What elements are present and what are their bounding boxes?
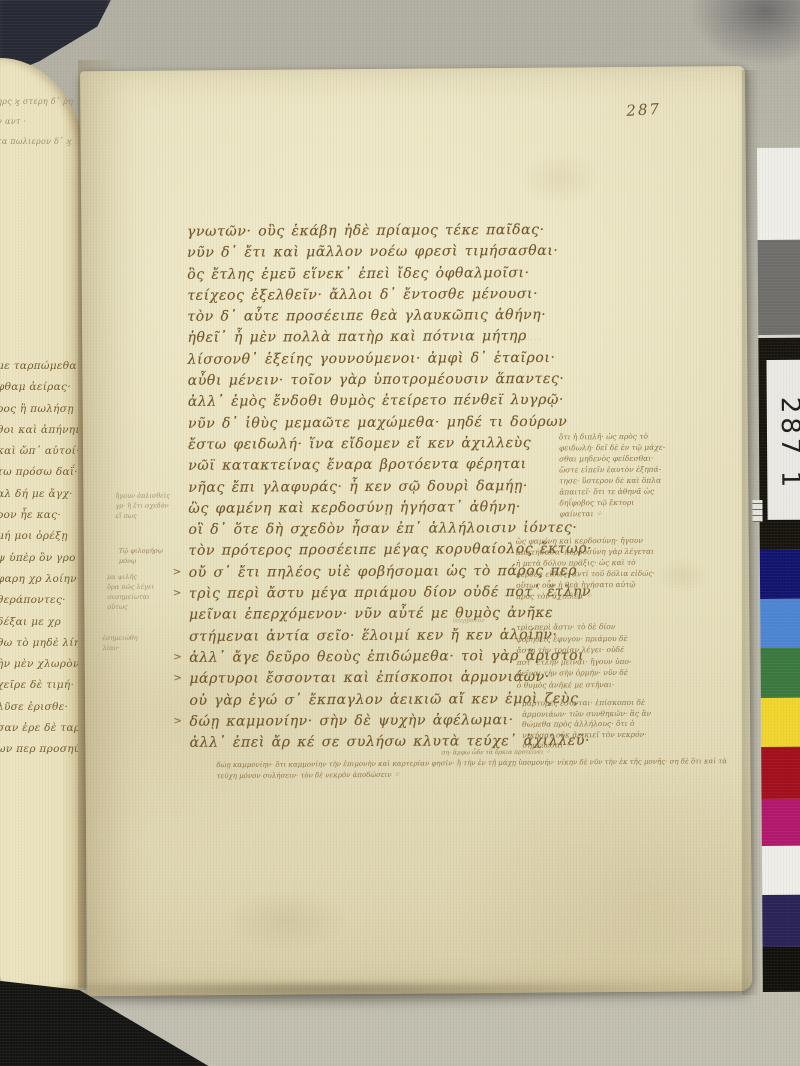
page-edge-line: με ταρπώμεθα	[0, 356, 78, 377]
faded-margin-marks: ··········	[500, 336, 542, 344]
page-edge-line: σαν ἐρε δὲ ταρπ·	[0, 718, 78, 739]
right-scholion-b: ὣς φαμένη καὶ κερδοσύνῃ· ἤγουνἀπατήσασα·…	[516, 535, 655, 602]
color-segment-white-2	[762, 846, 800, 895]
folio-number: 287	[626, 100, 662, 120]
color-segment-yellow	[761, 698, 800, 747]
page-edge-line: καὶ ὤπ᾽ αὐτοί·	[0, 441, 78, 462]
color-segment-indigo	[762, 895, 800, 947]
text-line: γνωτῶν· οὓς ἑκάβη ἠδὲ πρίαμος τέκε παῖδα…	[187, 222, 607, 245]
color-bar-notch	[752, 500, 762, 522]
page-edge-line: ων περ προσηύδα·	[0, 739, 78, 760]
text-line-content: νῆας ἔπι γλαφυράς· ἦ κεν σῷ δουρὶ δαμήῃ·	[188, 478, 528, 496]
margin-note-line: οὕτως	[107, 602, 154, 612]
page-edge-line: τω πρόσω δαΐ·	[0, 462, 78, 483]
margin-note-line: γρ· ἢ ἔτι σχεδὸν	[115, 501, 170, 511]
page-edge-line: ρον ἦε κας·	[0, 505, 78, 526]
text-line-content: νῦν δ᾽ ἔτι καὶ μᾶλλον νοέω φρεσὶ τιμήσασ…	[187, 243, 558, 261]
color-segment-gray	[758, 240, 800, 335]
text-line: νῆας ἔπι γλαφυράς· ἦ κεν σῷ δουρὶ δαμήῃ·	[188, 477, 608, 500]
page-edge-line: μή μοι ὀρέξῃ	[0, 526, 78, 547]
manuscript-photo: ηρς ϗ στερη δ᾽ ῥην αντ ·τα πωλιερον δ᾽ ϗ…	[0, 0, 800, 1066]
dark-cloth-corner-top-right	[690, 0, 800, 66]
page-edge-line: φαρη χρ λοίην·	[0, 569, 78, 590]
text-line: ἠθεῖ᾽ ἦ μὲν πολλὰ πατὴρ καὶ πότνια μήτηρ	[187, 328, 607, 351]
text-line-content: νῦν δ᾽ ἰθὺς μεμαῶτε μαχώμεθα· μηδέ τι δο…	[188, 414, 567, 432]
right-scholion-a: ὅτι ἡ διπλῆ· ὡς πρὸς τὸφειδωλή· δεῖ δὲ ἐ…	[559, 431, 666, 520]
text-line-content: ὣς φαμένη καὶ κερδοσύνῃ ἡγήσατ᾽ ἀθήνη·	[188, 499, 521, 517]
text-line-content: στήμεναι ἀντία σεῖο· ἕλοιμί κεν ἤ κεν ἁλ…	[189, 627, 558, 645]
text-line-content: μεῖναι ἐπερχόμενον· νῦν αὖτέ με θυμὸς ἀν…	[189, 605, 553, 623]
text-line-content: αὖθι μένειν· τοῖον γὰρ ὑποτρομέουσιν ἅπα…	[188, 371, 565, 389]
text-line-content: ὃς ἔτλης ἐμεῦ εἵνεκ᾽ ἐπεὶ ἴδες ὀφθαλμοῖσ…	[187, 265, 530, 283]
scholion-line: ὁ θυμὸς ἀνῆκέ με στῆναι·	[517, 679, 632, 691]
page-edge-line: θεράποντες·	[0, 590, 78, 611]
diple-mark: >	[173, 673, 182, 684]
text-line-content: οὐ γὰρ ἐγώ σ᾽ ἔκπαγλον ἀεικιῶ αἴ κεν ἐμο…	[189, 690, 578, 708]
text-line-content: ἀλλ᾽ ἐμὸς ἔνδοθι θυμὸς ἐτείρετο πένθεϊ λ…	[188, 392, 564, 410]
page-edge-line: ηρς ϗ στερη δ᾽ ῥη	[0, 92, 76, 112]
text-line-content: ἔστω φειδωλή· ἵνα εἴδομεν εἴ κεν ἀχιλλεὺ…	[188, 435, 531, 453]
page-edge-line: ἢν μὲν χλωρὸν	[0, 654, 78, 675]
text-line-content: μάρτυροι ἔσσονται καὶ ἐπίσκοποι ἁρμονιάω…	[189, 669, 550, 687]
color-segment-black-2	[763, 947, 800, 992]
color-segment-blue	[760, 599, 800, 648]
interlinear-gloss: ὑπερβατόν	[452, 617, 484, 624]
book-bottom-shadow	[60, 984, 720, 1010]
page-edge-line: θω τὸ μηδὲ λίην·	[0, 633, 78, 654]
diple-mark: >	[173, 588, 182, 599]
color-segment-magenta	[762, 799, 800, 846]
page-edge-line: ρος ἢ πωλήσῃ	[0, 399, 78, 420]
scholion-line: δηΐφοβος τῷ ἕκτορι	[559, 497, 665, 509]
text-line-content: λίσσονθ᾽ ἑξείης γουνούμενοι· ἀμφὶ δ᾽ ἑτα…	[188, 350, 556, 368]
scholion-line: θώμεθα πρὸς ἀλλήλους· ὅτι ὁ	[522, 719, 651, 731]
previous-page-top-fragments: ηρς ϗ στερη δ᾽ ῥην αντ ·τα πωλιερον δ᾽ ϗ	[0, 92, 76, 152]
right-scholion-c: τρὶς περὶ ἄστυ· τὸ δὲ δίονφοβηθεὶς ἔφυγο…	[516, 621, 631, 691]
diple-mark: >	[173, 652, 182, 663]
scholion-line: μεῖναι τὴν σὴν ὁρμήν· νῦν δὲ	[517, 667, 632, 679]
diple-mark: >	[173, 567, 182, 578]
scholion-line: ὅτι ἡ διπλῆ· ὡς πρὸς τὸ	[559, 431, 665, 443]
footer-scholion: δώῃ καμμονίην· ὅτι καμμονίην τὴν ἐπιμονὴ…	[216, 756, 736, 782]
margin-note-line: ὅρα πῶς λέγει	[107, 582, 154, 592]
color-bar-segments	[757, 148, 800, 992]
scholion-line: τησε· ὕστερον δὲ καὶ ὅπλα	[559, 475, 665, 487]
margin-note-line: λίαν·	[103, 643, 138, 653]
page-edge-line: θοι καὶ ἀπήνην·	[0, 420, 78, 441]
page-edge-line: χεῖρε δὲ τιμή·	[0, 675, 78, 696]
footer-scholion-lead: ση· ἄμφω ὧδε τὰ ὅρκια προτείνει ⁘	[441, 749, 550, 757]
right-scholion-d: μάρτυρες ἔσονται· ἐπίσκοποι δὲἁρμονιάων·…	[522, 698, 651, 752]
color-bar: 287 1	[757, 148, 800, 992]
previous-page-fragments: με ταρπώμεθαφθαμ ἀείρας·ρος ἢ πωλήσῃθοι …	[0, 356, 78, 761]
page-edge-line: ν αντ ·	[0, 112, 76, 132]
scholion-line: ἀπαιτεῖ· ὅτι τε ἀθηνᾶ ὡς	[559, 486, 665, 498]
text-line-content: τείχεος ἐξελθεῖν· ἄλλοι δ᾽ ἔντοσθε μένου…	[187, 286, 538, 304]
color-segment-white	[757, 148, 800, 240]
page-edge-line: τα πωλιερον δ᾽ ϗ	[0, 132, 76, 152]
text-line: αὖθι μένειν· τοῖον γὰρ ὑποτρομέουσιν ἅπα…	[188, 371, 608, 394]
scholion-line: σθαι μηδενὸς φείδεσθαι·	[559, 453, 665, 465]
margin-note-line: ἐσημειώθη	[102, 633, 137, 643]
page-edge-line: φθαμ ἀείρας·	[0, 377, 78, 398]
text-line: λίσσονθ᾽ ἑξείης γουνούμενοι· ἀμφὶ δ᾽ ἑτα…	[188, 349, 608, 372]
text-line: τείχεος ἐξελθεῖν· ἄλλοι δ᾽ ἔντοσθε μένου…	[187, 286, 607, 309]
scholion-line: τρὶς περὶ ἄστυ· τὸ δὲ δίον	[516, 621, 631, 633]
scholion-line: νικήσας οὐκ ἀεικιεῖ τὸν νεκρόν·	[522, 730, 651, 742]
page-edge-line: αλ δή με ἄγχ·	[0, 484, 78, 505]
color-segment-green	[760, 648, 800, 698]
margin-note-line: μόνῳ	[119, 556, 163, 566]
color-bar-label: 287 1	[766, 360, 800, 520]
margin-note-line: εἴ πως	[115, 511, 170, 521]
text-line: ἔστω φειδωλή· ἵνα εἴδομεν εἴ κεν ἀχιλλεὺ…	[188, 435, 608, 458]
scholion-line: ὥστε εἰπεῖν ἑαυτὸν ἐξηπά-	[559, 464, 665, 476]
color-segment-navy	[760, 550, 800, 599]
text-line-content: γνωτῶν· οὓς ἑκάβη ἠδὲ πρίαμος τέκε παῖδα…	[187, 222, 545, 240]
manuscript-page: 287 γνωτῶν· οὓς ἑκάβη ἠδὲ πρίαμος τέκε π…	[80, 66, 752, 996]
scholion-line: ποτ᾽ ἔτλην μεῖναι· ἤγουν ὑπο-	[517, 656, 632, 668]
text-line: ὃς ἔτλης ἐμεῦ εἵνεκ᾽ ἐπεὶ ἴδες ὀφθαλμοῖσ…	[187, 264, 607, 287]
color-segment-red	[761, 747, 800, 799]
text-line-content: δώῃ καμμονίην· σὴν δὲ ψυχὴν ἀφέλωμαι·	[189, 712, 513, 730]
left-margin-note-1: ἤγουν ὁπλισθεὶςγρ· ἢ ἔτι σχεδὸνεἴ πως	[115, 491, 170, 521]
page-edge-line: ψ ὑπὲρ ὃν γρο	[0, 548, 78, 569]
text-line: νῦν δ᾽ ἰθὺς μεμαῶτε μαχώμεθα· μηδέ τι δο…	[188, 413, 608, 436]
left-margin-note-2: Τῷ φιλομήρῳμόνῳ	[119, 546, 163, 566]
text-line: ὣς φαμένη καὶ κερδοσύνῃ ἡγήσατ᾽ ἀθήνη·	[188, 498, 608, 521]
left-margin-note-3: μα ψιλῆςὅρα πῶς λέγεισεσημείωταιοὕτως	[107, 572, 154, 612]
scholion-line: φειδωλή· δεῖ δὲ ἐν τῷ μάχε-	[559, 442, 665, 454]
scholion-line: φαίνεται ⁘	[559, 508, 665, 520]
scholion-line: οὕτως οὖν ἡ θεὰ ἡγήσατο αὐτῷ	[516, 579, 655, 591]
text-line: ἀλλ᾽ ἐμὸς ἔνδοθι θυμὸς ἐτείρετο πένθεϊ λ…	[188, 392, 608, 415]
page-edge-line: δέξαι με χρ	[0, 612, 78, 633]
margin-note-line: μα ψιλῆς	[107, 572, 154, 582]
page-edge-line: λῦσε ἐρισθε·	[0, 697, 78, 718]
left-margin-note-4: ἐσημειώθηλίαν·	[102, 633, 137, 653]
text-line-content: ἠθεῖ᾽ ἦ μὲν πολλὰ πατὴρ καὶ πότνια μήτηρ	[187, 329, 526, 347]
scholion-line: μάρτυρες ἔσονται· ἐπίσκοποι δὲ	[522, 698, 651, 710]
scholion-line: πρὸς τὸν ἀχιλλέα ⁘	[516, 590, 655, 602]
text-line: νῶϊ κατακτείνας ἔναρα βροτόεντα φέρηται	[188, 456, 608, 479]
margin-note-line: σεσημείωται	[107, 592, 154, 602]
scholion-line: φοβηθεὶς ἔφυγον· πριάμου δὲ	[516, 633, 631, 645]
text-line-content: νῶϊ κατακτείνας ἔναρα βροτόεντα φέρηται	[188, 456, 527, 474]
previous-page-edge: ηρς ϗ στερη δ᾽ ῥην αντ ·τα πωλιερον δ᾽ ϗ…	[0, 58, 86, 990]
text-line: τὸν δ᾽ αὖτε προσέειπε θεὰ γλαυκῶπις ἀθήν…	[187, 307, 607, 330]
scholion-line: ἄστυ τὴν τροίαν λέγει· οὐδέ	[517, 644, 632, 656]
diple-mark: >	[173, 716, 182, 727]
text-line-content: τὸν δ᾽ αὖτε προσέειπε θεὰ γλαυκῶπις ἀθήν…	[187, 307, 546, 325]
text-line: νῦν δ᾽ ἔτι καὶ μᾶλλον νοέω φρεσὶ τιμήσασ…	[187, 243, 607, 266]
margin-note-line: Τῷ φιλομήρῳ	[119, 546, 163, 556]
margin-note-line: ἤγουν ὁπλισθεὶς	[115, 491, 170, 501]
